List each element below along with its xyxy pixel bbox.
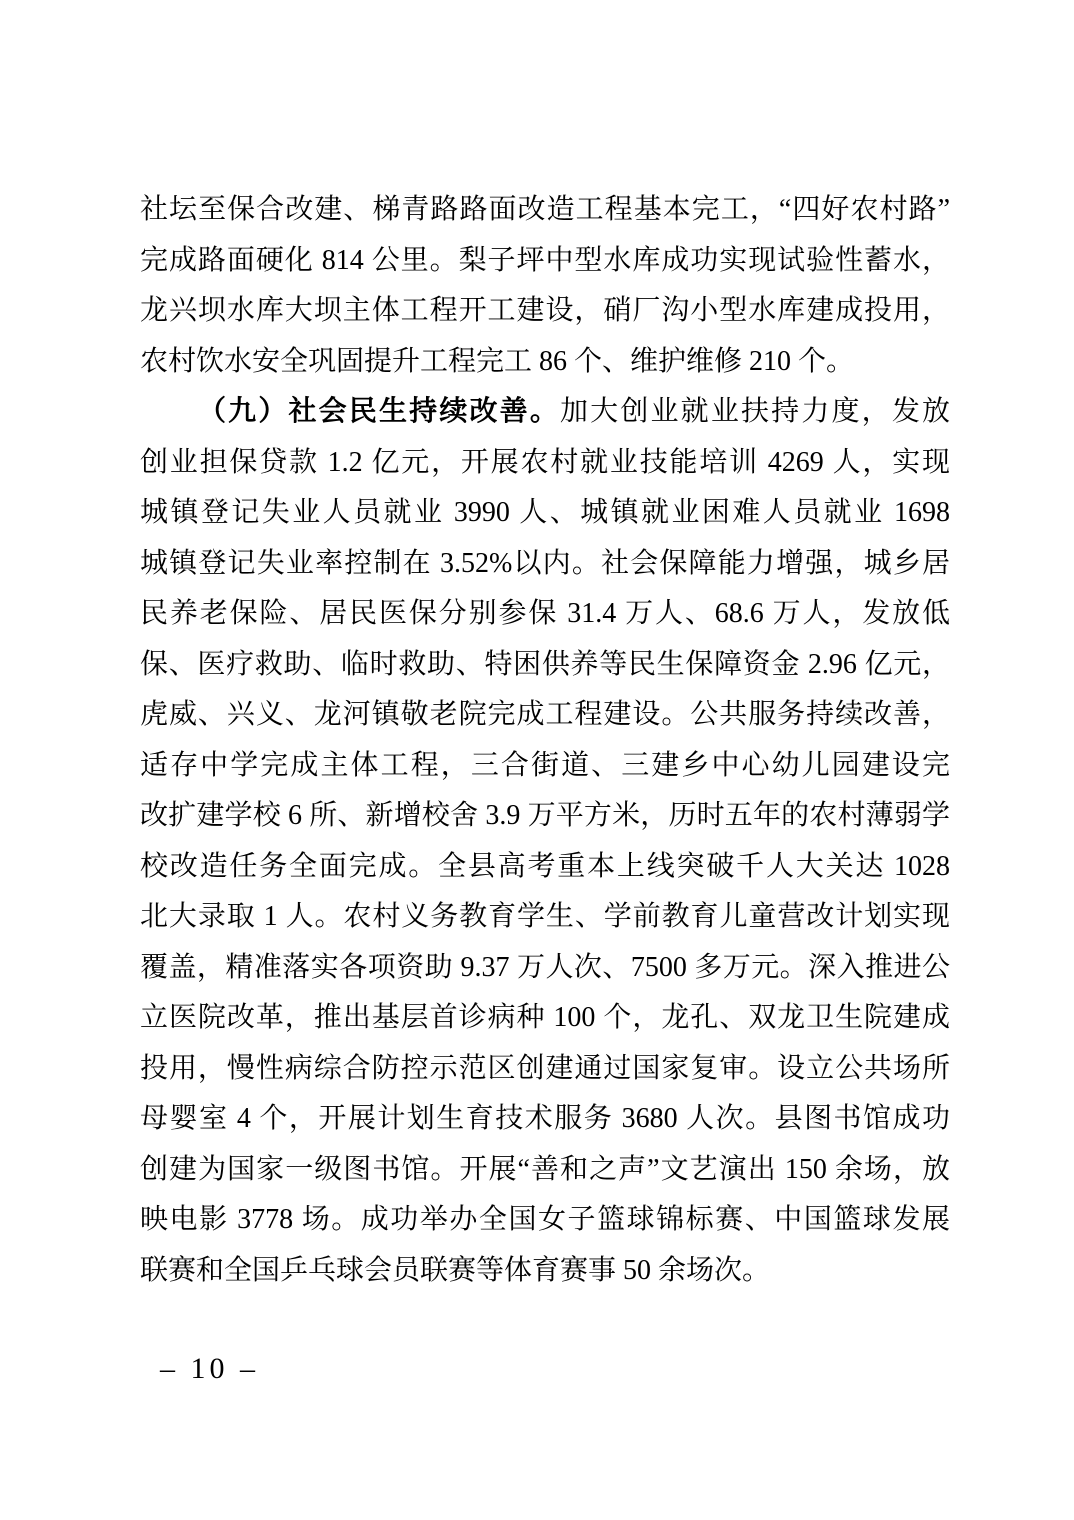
text-line: 适存中学完成主体工程，三合街道、三建乡中心幼儿园建设完工， [140, 741, 950, 792]
text-line: 保、医疗救助、临时救助、特困供养等民生保障资金 2.96 亿元， [140, 640, 950, 691]
text-line: 创业担保贷款 1.2 亿元，开展农村就业技能培训 4269 人，实现 [140, 438, 950, 489]
text-line: 民养老保险、居民医保分别参保 31.4 万人、68.6 万人，发放低 [140, 589, 950, 640]
text-line: 虎威、兴义、龙河镇敬老院完成工程建设。公共服务持续改善， [140, 690, 950, 741]
text-line: 投用，慢性病综合防控示范区创建通过国家复审。设立公共场所 [140, 1044, 950, 1095]
text-line: （九）社会民生持续改善。加大创业就业扶持力度，发放 [140, 387, 950, 438]
text-line: 完成路面硬化 814 公里。梨子坪中型水库成功实现试验性蓄水， [140, 236, 950, 287]
text-line: 覆盖，精准落实各项资助 9.37 万人次、7500 多万元。深入推进公 [140, 943, 950, 994]
text-line: 农村饮水安全巩固提升工程完工 86 个、维护维修 210 个。 [140, 337, 950, 388]
page-number: – 10 – [160, 1352, 259, 1386]
document-page: 社坛至保合改建、梯青路路面改造工程基本完工，“四好农村路”完成路面硬化 814 … [0, 0, 1074, 1520]
text-line: 校改造任务全面完成。全县高考重本上线突破千人大关达 1028 人， [140, 842, 950, 893]
text-line: 立医院改革，推出基层首诊病种 100 个，龙孔、双龙卫生院建成 [140, 993, 950, 1044]
text-line: 母婴室 4 个，开展计划生育技术服务 3680 人次。县图书馆成功 [140, 1094, 950, 1145]
text-line: 社坛至保合改建、梯青路路面改造工程基本完工，“四好农村路” [140, 185, 950, 236]
text-line: 北大录取 1 人。农村义务教育学生、学前教育儿童营改计划实现全 [140, 892, 950, 943]
text-line: 改扩建学校 6 所、新增校舍 3.9 万平方米，历时五年的农村薄弱学 [140, 791, 950, 842]
text-line: 城镇登记失业人员就业 3990 人、城镇就业困难人员就业 1698 人， [140, 488, 950, 539]
text-line: 联赛和全国乒乓球会员联赛等体育赛事 50 余场次。 [140, 1246, 950, 1297]
text-line: 龙兴坝水库大坝主体工程开工建设，硝厂沟小型水库建成投用， [140, 286, 950, 337]
section-heading: （九）社会民生持续改善。 [198, 396, 560, 427]
text-line: 城镇登记失业率控制在 3.52%以内。社会保障能力增强，城乡居 [140, 539, 950, 590]
text-line: 创建为国家一级图书馆。开展“善和之声”文艺演出 150 余场，放 [140, 1145, 950, 1196]
report-body: 社坛至保合改建、梯青路路面改造工程基本完工，“四好农村路”完成路面硬化 814 … [140, 185, 950, 1296]
text-line: 映电影 3778 场。成功举办全国女子篮球锦标赛、中国篮球发展 [140, 1195, 950, 1246]
